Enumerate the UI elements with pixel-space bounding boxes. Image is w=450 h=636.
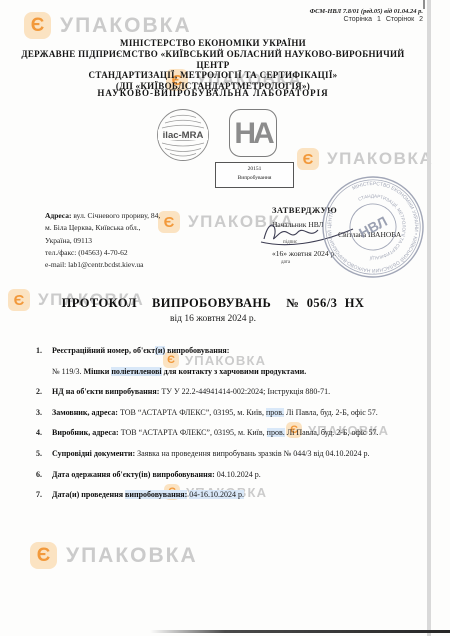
upakovka-watermark: Є УПАКОВКА: [297, 148, 433, 170]
item-text-segment: ТОВ “АСТАРТА ФЛЕКС”, 03195, м. Київ,: [119, 428, 267, 437]
item-text-segment: для контакту з харчовими продуктами.: [162, 367, 307, 376]
item-text-segment: ТУ У 22.2-44941414-002:2024; Інструкція …: [159, 387, 330, 396]
svg-text:ilac-MRA: ilac-MRA: [163, 130, 204, 141]
ilac-mra-logo-icon: ilac-MRA: [156, 108, 210, 162]
svg-text:НВЛ: НВЛ: [356, 213, 390, 241]
org-line: СТАНДАРТИЗАЦІЇ, МЕТРОЛОГІЇ ТА СЕРТИФІКАЦ…: [10, 70, 416, 81]
upakovka-logo-icon: Є: [297, 148, 319, 170]
address-label: Адреса:: [45, 211, 71, 220]
item-text-segment: 04-16.10.2024 р.: [189, 490, 244, 499]
upakovka-logo-icon: Є: [24, 12, 51, 39]
item-text-segment: Мішки: [84, 367, 112, 376]
item-number: 5.: [36, 444, 42, 465]
item-number: 3.: [36, 403, 42, 424]
item-text-segment: № 119/3.: [52, 367, 84, 376]
document-date: від 16 жовтня 2024 р.: [0, 314, 426, 324]
item-number: 7.: [36, 485, 42, 506]
upakovka-watermark-text: УПАКОВКА: [327, 149, 433, 169]
protocol-item: 7.Дата(и) проведення випробовування: 04-…: [0, 485, 442, 506]
item-number: 2.: [36, 382, 42, 403]
scanned-protocol-page: Є УПАКОВКА Є УПАКОВКА Є УПАКОВКА Є УПАКО…: [0, 0, 450, 636]
protocol-item: 6.Дата одержання об'єкту(ів) випробовува…: [0, 465, 442, 486]
address-line: м. Біла Церква, Київська обл.,: [45, 222, 160, 234]
address-line: Адреса: вул. Січневого прориву, 84,: [45, 210, 160, 222]
upakovka-logo-icon: Є: [158, 211, 180, 233]
item-text-segment: 04.10.2024 р.: [215, 470, 261, 479]
org-line: МІНІСТЕРСТВО ЕКОНОМІКИ УКРАЇНИ: [10, 38, 416, 49]
document-title: ПРОТОКОЛ ВИПРОБОВУВАНЬ № 056/3 НХ: [0, 296, 426, 311]
item-text-segment: ТОВ “АСТАРТА ФЛЕКС”, 03195, м. Київ,: [118, 408, 266, 417]
item-text-segment: Дата одержання об'єкту(ів) випробовуванн…: [52, 470, 215, 479]
upakovka-watermark-text: УПАКОВКА: [60, 14, 192, 38]
address-street: вул. Січневого прориву, 84,: [73, 211, 160, 220]
item-number: 1.: [36, 341, 42, 362]
item-text-segment: Реєстраційний номер, об'єкт: [52, 346, 155, 355]
address-block: Адреса: вул. Січневого прориву, 84, м. Б…: [45, 210, 160, 271]
item-text-segment: пров.: [267, 428, 285, 437]
protocol-item: 5.Супровідні документи: Заявка на провед…: [0, 444, 442, 465]
form-code-text: ФСМ-НВЛ 7.8/01 (ред.05) від 01.04.24 р.: [310, 8, 423, 15]
item-text-segment: пров.: [266, 408, 284, 417]
round-stamp-icon: МІНІСТЕРСТВО ЕКОНОМІКИ УКРАЇНИ • КИЇВСЬК…: [318, 172, 428, 282]
item-number: 4.: [36, 423, 42, 444]
organization-header: МІНІСТЕРСТВО ЕКОНОМІКИ УКРАЇНИ ДЕРЖАВНЕ …: [10, 38, 416, 92]
upakovka-watermark: Є УПАКОВКА: [30, 542, 198, 569]
page-counter: Сторінка 1 Сторінок 2: [310, 16, 423, 23]
document-title-block: ПРОТОКОЛ ВИПРОБОВУВАНЬ № 056/3 НХ від 16…: [0, 296, 426, 324]
form-code-block: ФСМ-НВЛ 7.8/01 (ред.05) від 01.04.24 р. …: [310, 8, 423, 23]
address-email: e-mail: lab1@centr.bcdst.kiev.ua: [45, 259, 160, 271]
protocol-item-continuation: № 119/3. Мішки поліетиленові для контакт…: [0, 362, 442, 383]
item-text-segment: Дата(и) проведення: [52, 490, 125, 499]
item-text-segment: Замовник, адреса:: [52, 408, 118, 417]
svg-text:НА: НА: [234, 117, 274, 150]
certificate-scope: Випробування: [216, 174, 293, 183]
accreditation-certificate-box: 20151 Випробування: [215, 162, 294, 188]
laboratory-name: НАУКОВО-ВИПРОБУВАЛЬНА ЛАБОРАТОРІЯ: [10, 88, 416, 98]
item-number: 6.: [36, 465, 42, 486]
date-caption: дата: [281, 260, 290, 265]
protocol-items: 1.Реєстраційний номер, об'єкт(и) випробо…: [0, 341, 442, 506]
upakovka-watermark-text: УПАКОВКА: [66, 544, 198, 568]
item-text-segment: Лі Павла, буд. 2-Б, офіс 57.: [285, 428, 379, 437]
certificate-number: 20151: [216, 165, 293, 174]
item-text-segment: Заявка на проведення випробувань зразків…: [135, 449, 369, 458]
item-text-segment: Лі Павла, буд. 2-Б, офіс 57.: [284, 408, 378, 417]
item-text-segment: (и): [155, 346, 165, 355]
address-line: Україна, 09113: [45, 235, 160, 247]
scan-edge-line: [427, 0, 431, 636]
protocol-item: 3.Замовник, адреса: ТОВ “АСТАРТА ФЛЕКС”,…: [0, 403, 442, 424]
protocol-item: 4.Виробник, адреса: ТОВ “АСТАРТА ФЛЕКС”,…: [0, 423, 442, 444]
item-text-segment: випробовування:: [165, 346, 229, 355]
upakovka-logo-icon: Є: [30, 542, 57, 569]
scan-bottom-line: [150, 630, 450, 633]
address-phone: тел./факс: (04563) 4-70-62: [45, 247, 160, 259]
protocol-item: 2.НД на об'єкти випробування: ТУ У 22.2-…: [0, 382, 442, 403]
naau-accreditation-logo-icon: НА: [228, 108, 278, 158]
item-text-segment: Виробник, адреса:: [52, 428, 119, 437]
org-line: ДЕРЖАВНЕ ПІДПРИЄМСТВО «КИЇВСЬКИЙ ОБЛАСНИ…: [10, 49, 416, 71]
protocol-item: 1.Реєстраційний номер, об'єкт(и) випробо…: [0, 341, 442, 362]
item-text-segment: Супровідні документи:: [52, 449, 135, 458]
item-text-segment: НД на об'єкти випробування:: [52, 387, 159, 396]
item-text-segment: поліетиленові: [111, 367, 161, 376]
item-text-segment: випробовування:: [125, 490, 187, 499]
upakovka-watermark: Є УПАКОВКА: [24, 12, 192, 39]
scan-corner-mark: [423, 0, 425, 9]
